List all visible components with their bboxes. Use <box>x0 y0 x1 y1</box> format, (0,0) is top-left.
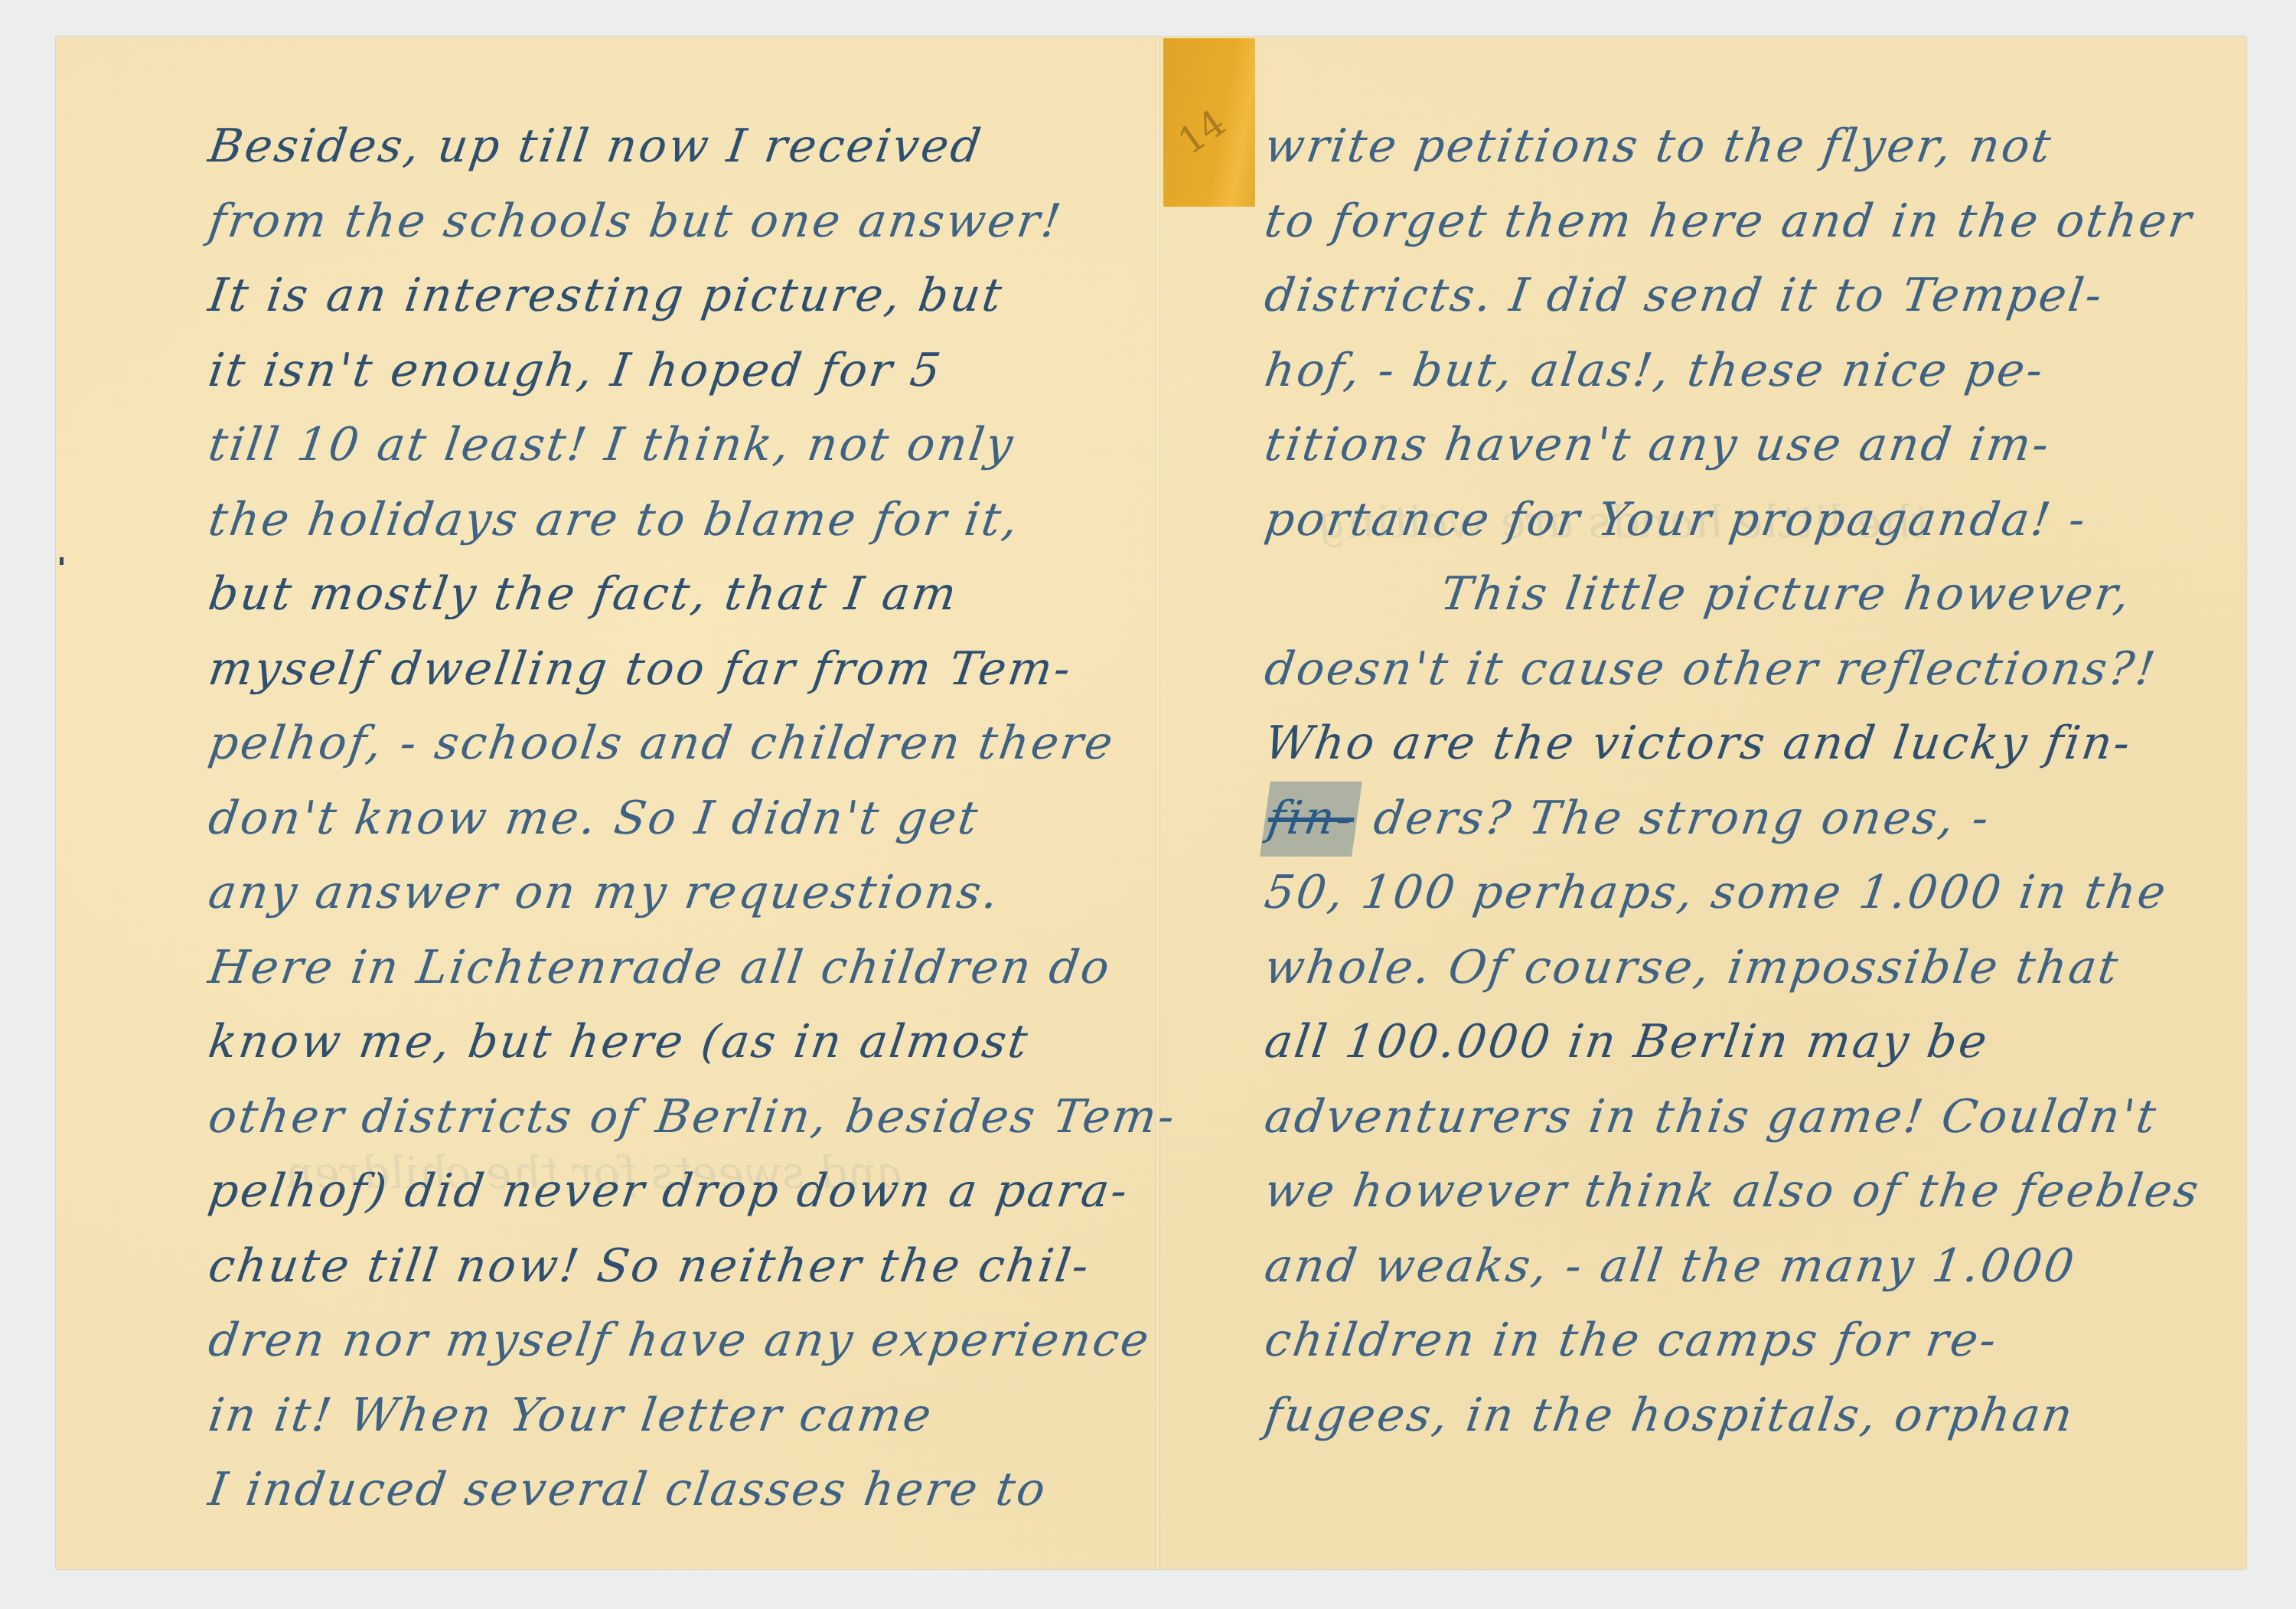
left-line-1: Besides, up till now I received <box>204 109 1163 184</box>
struck-out-word: fin- <box>1260 782 1362 857</box>
edge-ink-mark <box>60 557 64 565</box>
right-line-14: adventurers in this game! Couldn't <box>1260 1080 2265 1155</box>
right-line-8: doesn't it cause other reflections?! <box>1260 632 2265 707</box>
left-line-3: It is an interesting picture, but <box>204 259 1163 334</box>
right-line-6: portance for Your propaganda! - <box>1260 483 2265 558</box>
right-line-9: Who are the victors and lucky fin- <box>1260 707 2265 782</box>
right-line-18: fugees, in the hospitals, orphan <box>1260 1379 2265 1454</box>
left-line-17: dren nor myself have any experience <box>204 1304 1163 1379</box>
right-line-10: fin- ders? The strong ones, - <box>1260 782 2265 857</box>
right-line-17: children in the camps for re- <box>1260 1304 2265 1379</box>
left-line-13: know me, but here (as in almost <box>204 1005 1163 1080</box>
left-line-7: but mostly the fact, that I am <box>204 557 1163 632</box>
left-line-6: the holidays are to blame for it, <box>204 483 1163 558</box>
letter-paper: the little hands are waiting and sweets … <box>56 37 2246 1569</box>
right-line-15: we however think also of the feebles <box>1260 1154 2265 1229</box>
right-line-13: all 100.000 in Berlin may be <box>1260 1005 2265 1080</box>
left-line-2: from the schools but one answer! <box>204 184 1163 259</box>
left-line-9: pelhof, - schools and children there <box>204 707 1163 782</box>
left-line-18: in it! When Your letter came <box>204 1379 1163 1454</box>
left-line-16: chute till now! So neither the chil- <box>204 1229 1163 1304</box>
left-line-4: it isn't enough, I hoped for 5 <box>204 334 1163 409</box>
amber-tape-strip: 14 <box>1163 38 1255 207</box>
right-line-4: hof, - but, alas!, these nice pe- <box>1260 334 2265 409</box>
left-line-14: other districts of Berlin, besides Tem- <box>204 1080 1163 1155</box>
right-line-10-text: ders? The strong ones, - <box>1371 791 1994 845</box>
right-line-11: 50, 100 perhaps, some 1.000 in the <box>1260 856 2265 931</box>
right-page-text: write petitions to the flyer, not to for… <box>1265 109 2260 1453</box>
right-line-3: districts. I did send it to Tempel- <box>1260 259 2265 334</box>
right-line-1: write petitions to the flyer, not <box>1260 109 2265 184</box>
tape-pencil-mark: 14 <box>1170 102 1233 164</box>
right-line-7: This little picture however, <box>1260 557 2265 632</box>
left-line-8: myself dwelling too far from Tem- <box>204 632 1163 707</box>
left-page-text: Besides, up till now I received from the… <box>209 109 1158 1528</box>
left-line-5: till 10 at least! I think, not only <box>204 408 1163 483</box>
right-line-2: to forget them here and in the other <box>1260 184 2265 259</box>
left-line-11: any answer on my requestions. <box>204 856 1163 931</box>
right-line-5: titions haven't any use and im- <box>1260 408 2265 483</box>
left-line-15: pelhof) did never drop down a para- <box>204 1154 1163 1229</box>
right-line-12: whole. Of course, impossible that <box>1260 931 2265 1006</box>
right-line-16: and weaks, - all the many 1.000 <box>1260 1229 2265 1304</box>
left-line-10: don't know me. So I didn't get <box>204 782 1163 857</box>
left-line-12: Here in Lichtenrade all children do <box>204 931 1163 1006</box>
left-line-19: I induced several classes here to <box>204 1453 1163 1528</box>
